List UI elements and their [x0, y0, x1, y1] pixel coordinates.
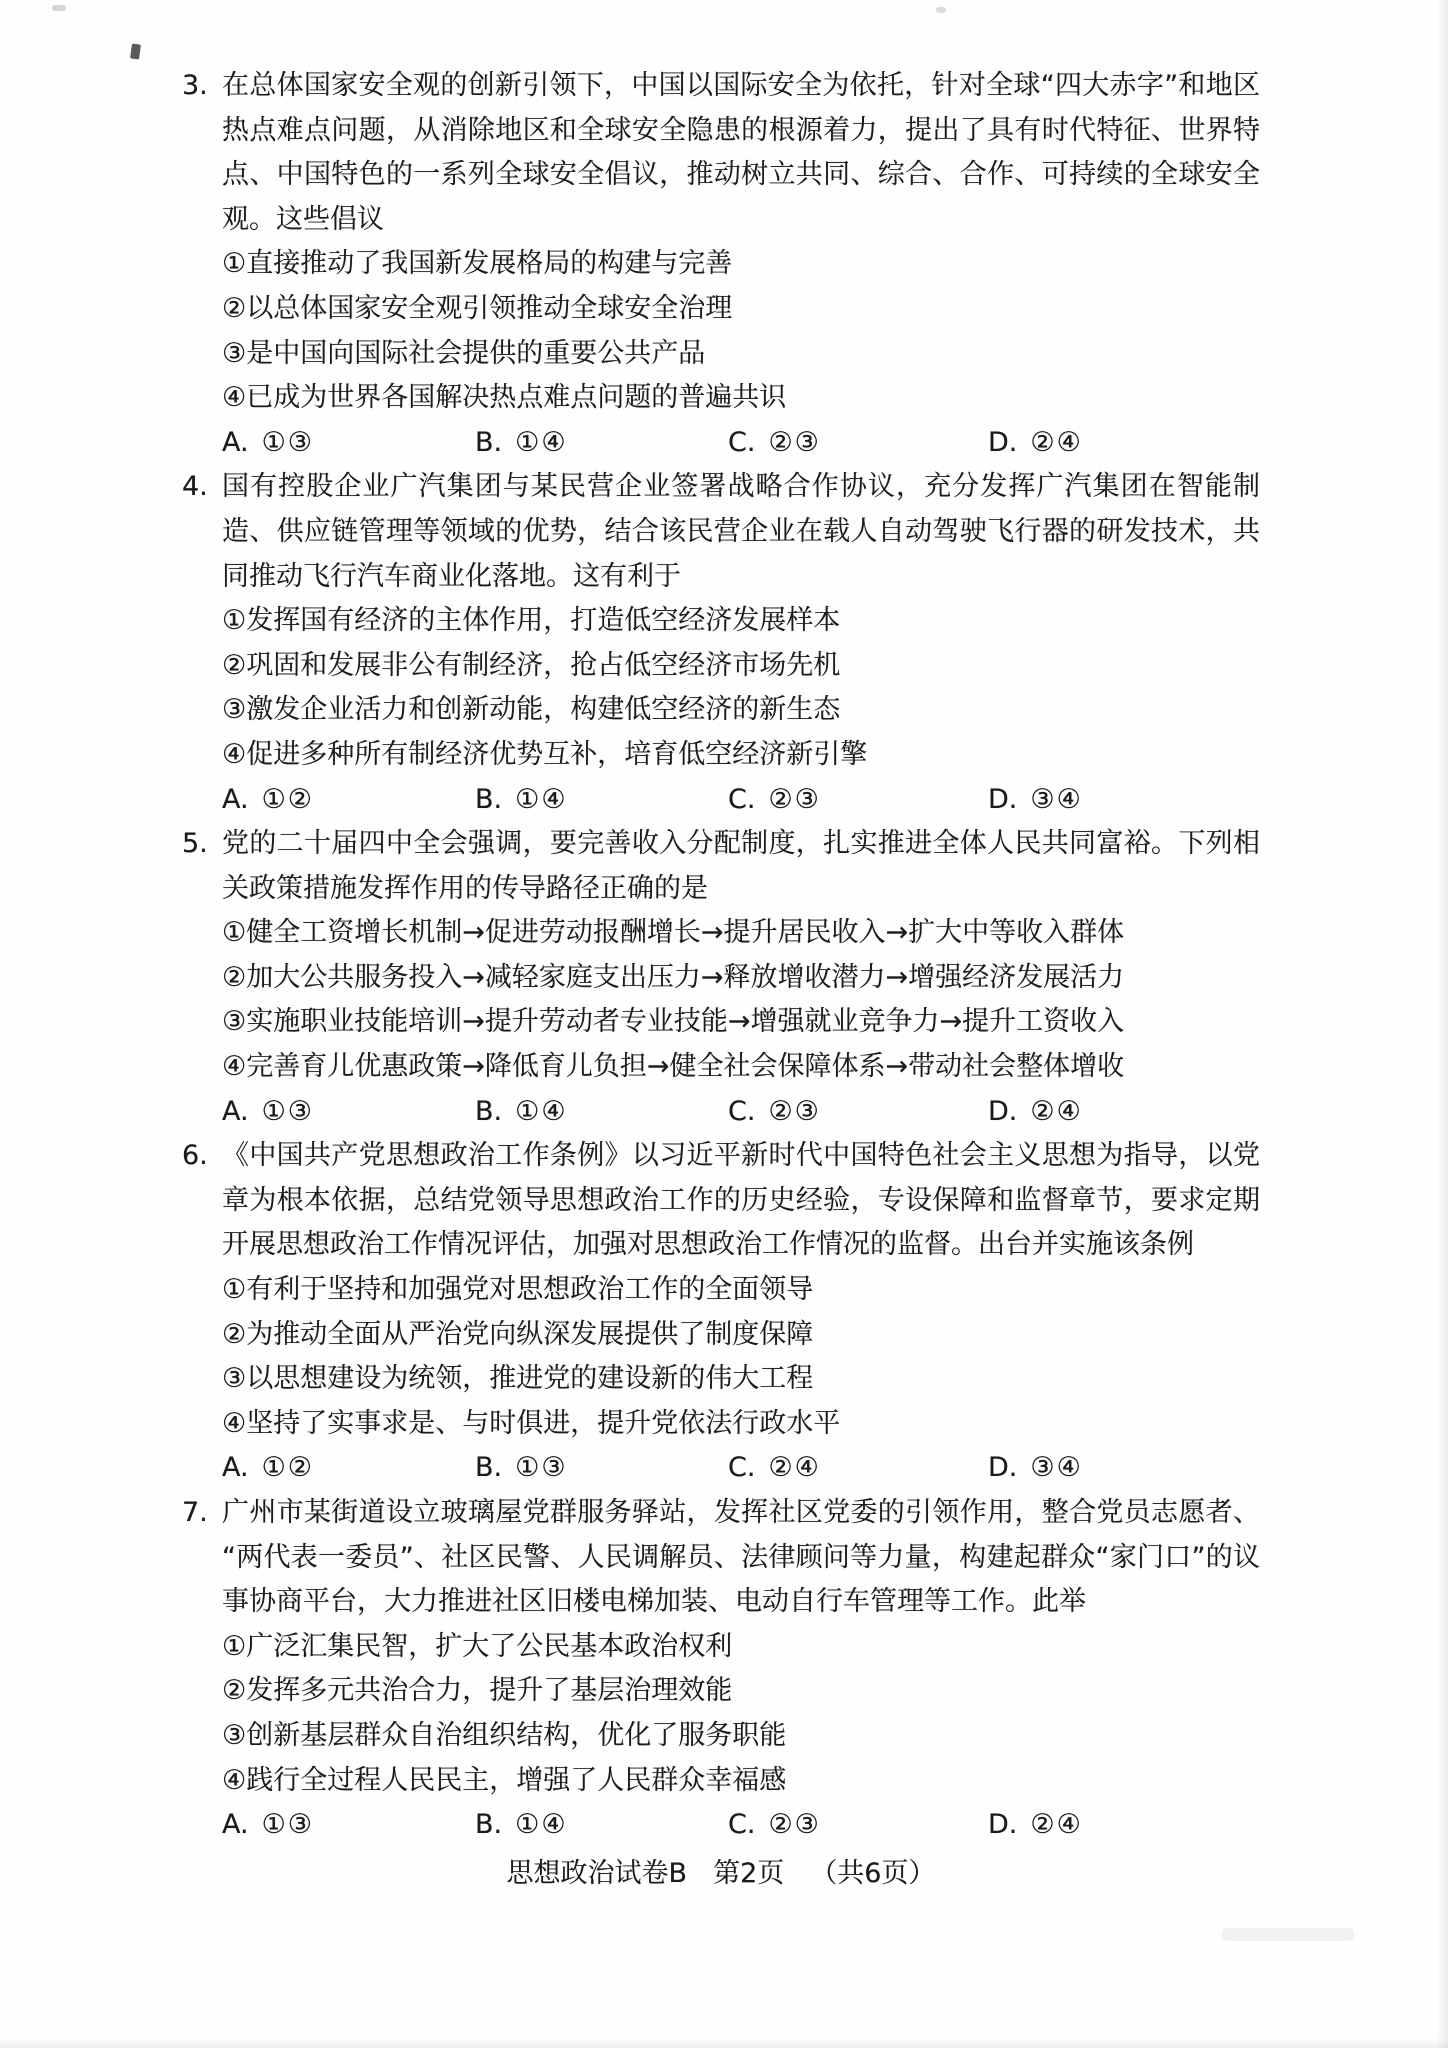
option-b: B.①④ — [475, 1803, 728, 1848]
question-item: ②以总体国家安全观引领推动全球安全治理 — [222, 287, 1260, 332]
scan-speck — [130, 43, 141, 59]
option-value: ①④ — [515, 1096, 567, 1127]
option-label: A. — [222, 427, 249, 458]
question-item: ③以思想建设为统领，推进党的建设新的伟大工程 — [222, 1357, 1260, 1402]
option-label: C. — [728, 1452, 755, 1483]
question-item: ①广泛汇集民智，扩大了公民基本政治权利 — [222, 1625, 1260, 1670]
footer-doc-title: 思想政治试卷B — [507, 1854, 688, 1894]
scan-speck — [52, 5, 66, 11]
page-footer: 思想政治试卷B 第2页 （共6页） — [182, 1854, 1260, 1894]
option-b: B.①④ — [475, 421, 728, 466]
option-label: D. — [988, 1452, 1017, 1483]
option-label: C. — [728, 1809, 755, 1840]
question-options: A.①③B.①④C.②③D.②④ — [222, 1803, 1260, 1848]
option-value: ②③ — [768, 1809, 820, 1840]
scan-smudge — [1222, 1928, 1354, 1941]
option-value: ②④ — [1030, 427, 1082, 458]
option-value: ①④ — [515, 784, 567, 815]
question-item: ②发挥多元共治合力，提升了基层治理效能 — [222, 1669, 1260, 1714]
option-label: B. — [475, 1096, 502, 1127]
scan-edge-shadow — [0, 2038, 1448, 2048]
question-items: ①发挥国有经济的主体作用，打造低空经济发展样本②巩固和发展非公有制经济，抢占低空… — [222, 599, 1260, 777]
option-c: C.②③ — [728, 778, 988, 823]
question-stem: 国有控股企业广汽集团与某民营企业签署战略合作协议，充分发挥广汽集团在智能制造、供… — [222, 465, 1260, 599]
question-options: A.①②B.①④C.②③D.③④ — [222, 778, 1260, 823]
question-number: 3. — [182, 64, 208, 109]
option-c: C.②③ — [728, 421, 988, 466]
question-options: A.①③B.①④C.②③D.②④ — [222, 421, 1260, 466]
question: 5. 党的二十届四中全会强调，要完善收入分配制度，扎实推进全体人民共同富裕。下列… — [182, 822, 1260, 1134]
option-label: C. — [728, 784, 755, 815]
footer-page-number: 第2页 — [713, 1854, 784, 1894]
option-label: B. — [475, 1809, 502, 1840]
question-item: ④完善育儿优惠政策→降低育儿负担→健全社会保障体系→带动社会整体增收 — [222, 1045, 1260, 1090]
option-c: C.②③ — [728, 1090, 988, 1135]
option-label: D. — [988, 784, 1017, 815]
question-item: ③激发企业活力和创新动能，构建低空经济的新生态 — [222, 688, 1260, 733]
option-a: A.①③ — [222, 1803, 475, 1848]
option-a: A.①② — [222, 1446, 475, 1491]
option-d: D.②④ — [988, 421, 1260, 466]
option-value: ①④ — [515, 1809, 567, 1840]
question-item: ④促进多种所有制经济优势互补，培育低空经济新引擎 — [222, 733, 1260, 778]
option-label: C. — [728, 427, 755, 458]
question-item: ②巩固和发展非公有制经济，抢占低空经济市场先机 — [222, 644, 1260, 689]
option-value: ②③ — [768, 784, 820, 815]
option-value: ②③ — [768, 427, 820, 458]
question-item: ③创新基层群众自治组织结构，优化了服务职能 — [222, 1714, 1260, 1759]
question-number: 6. — [182, 1134, 208, 1179]
question-stem: 《中国共产党思想政治工作条例》以习近平新时代中国特色社会主义思想为指导，以党章为… — [222, 1134, 1260, 1268]
question-item: ②加大公共服务投入→减轻家庭支出压力→释放增收潜力→增强经济发展活力 — [222, 956, 1260, 1001]
option-a: A.①③ — [222, 1090, 475, 1135]
option-d: D.②④ — [988, 1090, 1260, 1135]
option-label: B. — [475, 1452, 502, 1483]
option-label: D. — [988, 1096, 1017, 1127]
footer-total-pages: （共6页） — [810, 1854, 935, 1894]
option-value: ①③ — [262, 1809, 314, 1840]
question-item: ①直接推动了我国新发展格局的构建与完善 — [222, 242, 1260, 287]
question-stem: 党的二十届四中全会强调，要完善收入分配制度，扎实推进全体人民共同富裕。下列相关政… — [222, 822, 1260, 911]
question-items: ①广泛汇集民智，扩大了公民基本政治权利②发挥多元共治合力，提升了基层治理效能③创… — [222, 1625, 1260, 1803]
question-stem: 广州市某街道设立玻璃屋党群服务驿站，发挥社区党委的引领作用，整合党员志愿者、“两… — [222, 1491, 1260, 1625]
option-value: ①③ — [262, 427, 314, 458]
option-d: D.③④ — [988, 1446, 1260, 1491]
option-value: ②④ — [768, 1452, 820, 1483]
option-c: C.②③ — [728, 1803, 988, 1848]
option-value: ③④ — [1030, 1452, 1082, 1483]
option-label: A. — [222, 784, 249, 815]
question-item: ②为推动全面从严治党向纵深发展提供了制度保障 — [222, 1313, 1260, 1358]
option-label: D. — [988, 427, 1017, 458]
option-label: C. — [728, 1096, 755, 1127]
option-value: ②④ — [1030, 1096, 1082, 1127]
question-item: ④坚持了实事求是、与时俱进，提升党依法行政水平 — [222, 1402, 1260, 1447]
option-value: ②③ — [768, 1096, 820, 1127]
question-items: ①直接推动了我国新发展格局的构建与完善②以总体国家安全观引领推动全球安全治理③是… — [222, 242, 1260, 420]
option-label: A. — [222, 1096, 249, 1127]
question-item: ③是中国向国际社会提供的重要公共产品 — [222, 332, 1260, 377]
option-value: ①② — [262, 784, 314, 815]
question: 7. 广州市某街道设立玻璃屋党群服务驿站，发挥社区党委的引领作用，整合党员志愿者… — [182, 1491, 1260, 1848]
option-value: ③④ — [1030, 784, 1082, 815]
option-a: A.①③ — [222, 421, 475, 466]
question-item: ③实施职业技能培训→提升劳动者专业技能→增强就业竞争力→提升工资收入 — [222, 1000, 1260, 1045]
option-a: A.①② — [222, 778, 475, 823]
question-options: A.①②B.①③C.②④D.③④ — [222, 1446, 1260, 1491]
question-number: 5. — [182, 822, 208, 867]
question: 6. 《中国共产党思想政治工作条例》以习近平新时代中国特色社会主义思想为指导，以… — [182, 1134, 1260, 1491]
question-item: ④已成为世界各国解决热点难点问题的普遍共识 — [222, 376, 1260, 421]
option-value: ①④ — [515, 427, 567, 458]
option-d: D.②④ — [988, 1803, 1260, 1848]
option-label: A. — [222, 1809, 249, 1840]
question-item: ①健全工资增长机制→促进劳动报酬增长→提升居民收入→扩大中等收入群体 — [222, 911, 1260, 956]
question-options: A.①③B.①④C.②③D.②④ — [222, 1090, 1260, 1135]
question-stem: 在总体国家安全观的创新引领下，中国以国际安全为依托，针对全球“四大赤字”和地区热… — [222, 64, 1260, 242]
question: 3. 在总体国家安全观的创新引领下，中国以国际安全为依托，针对全球“四大赤字”和… — [182, 64, 1260, 465]
option-b: B.①④ — [475, 1090, 728, 1135]
option-label: B. — [475, 427, 502, 458]
option-value: ①③ — [515, 1452, 567, 1483]
option-value: ①③ — [262, 1096, 314, 1127]
question-items: ①健全工资增长机制→促进劳动报酬增长→提升居民收入→扩大中等收入群体②加大公共服… — [222, 911, 1260, 1089]
option-value: ②④ — [1030, 1809, 1082, 1840]
scan-speck — [936, 7, 946, 13]
option-value: ①② — [262, 1452, 314, 1483]
option-d: D.③④ — [988, 778, 1260, 823]
question-item: ④践行全过程人民民主，增强了人民群众幸福感 — [222, 1759, 1260, 1804]
question-number: 7. — [182, 1491, 208, 1536]
option-label: D. — [988, 1809, 1017, 1840]
question-number: 4. — [182, 465, 208, 510]
option-b: B.①③ — [475, 1446, 728, 1491]
option-label: B. — [475, 784, 502, 815]
question-items: ①有利于坚持和加强党对思想政治工作的全面领导②为推动全面从严治党向纵深发展提供了… — [222, 1268, 1260, 1446]
scan-edge-shadow — [1436, 0, 1448, 2048]
exam-scan-page: 3. 在总体国家安全观的创新引领下，中国以国际安全为依托，针对全球“四大赤字”和… — [0, 0, 1448, 2048]
questions-area: 3. 在总体国家安全观的创新引领下，中国以国际安全为依托，针对全球“四大赤字”和… — [182, 64, 1260, 1848]
option-b: B.①④ — [475, 778, 728, 823]
option-label: A. — [222, 1452, 249, 1483]
question: 4. 国有控股企业广汽集团与某民营企业签署战略合作协议，充分发挥广汽集团在智能制… — [182, 465, 1260, 822]
option-c: C.②④ — [728, 1446, 988, 1491]
question-item: ①发挥国有经济的主体作用，打造低空经济发展样本 — [222, 599, 1260, 644]
question-item: ①有利于坚持和加强党对思想政治工作的全面领导 — [222, 1268, 1260, 1313]
